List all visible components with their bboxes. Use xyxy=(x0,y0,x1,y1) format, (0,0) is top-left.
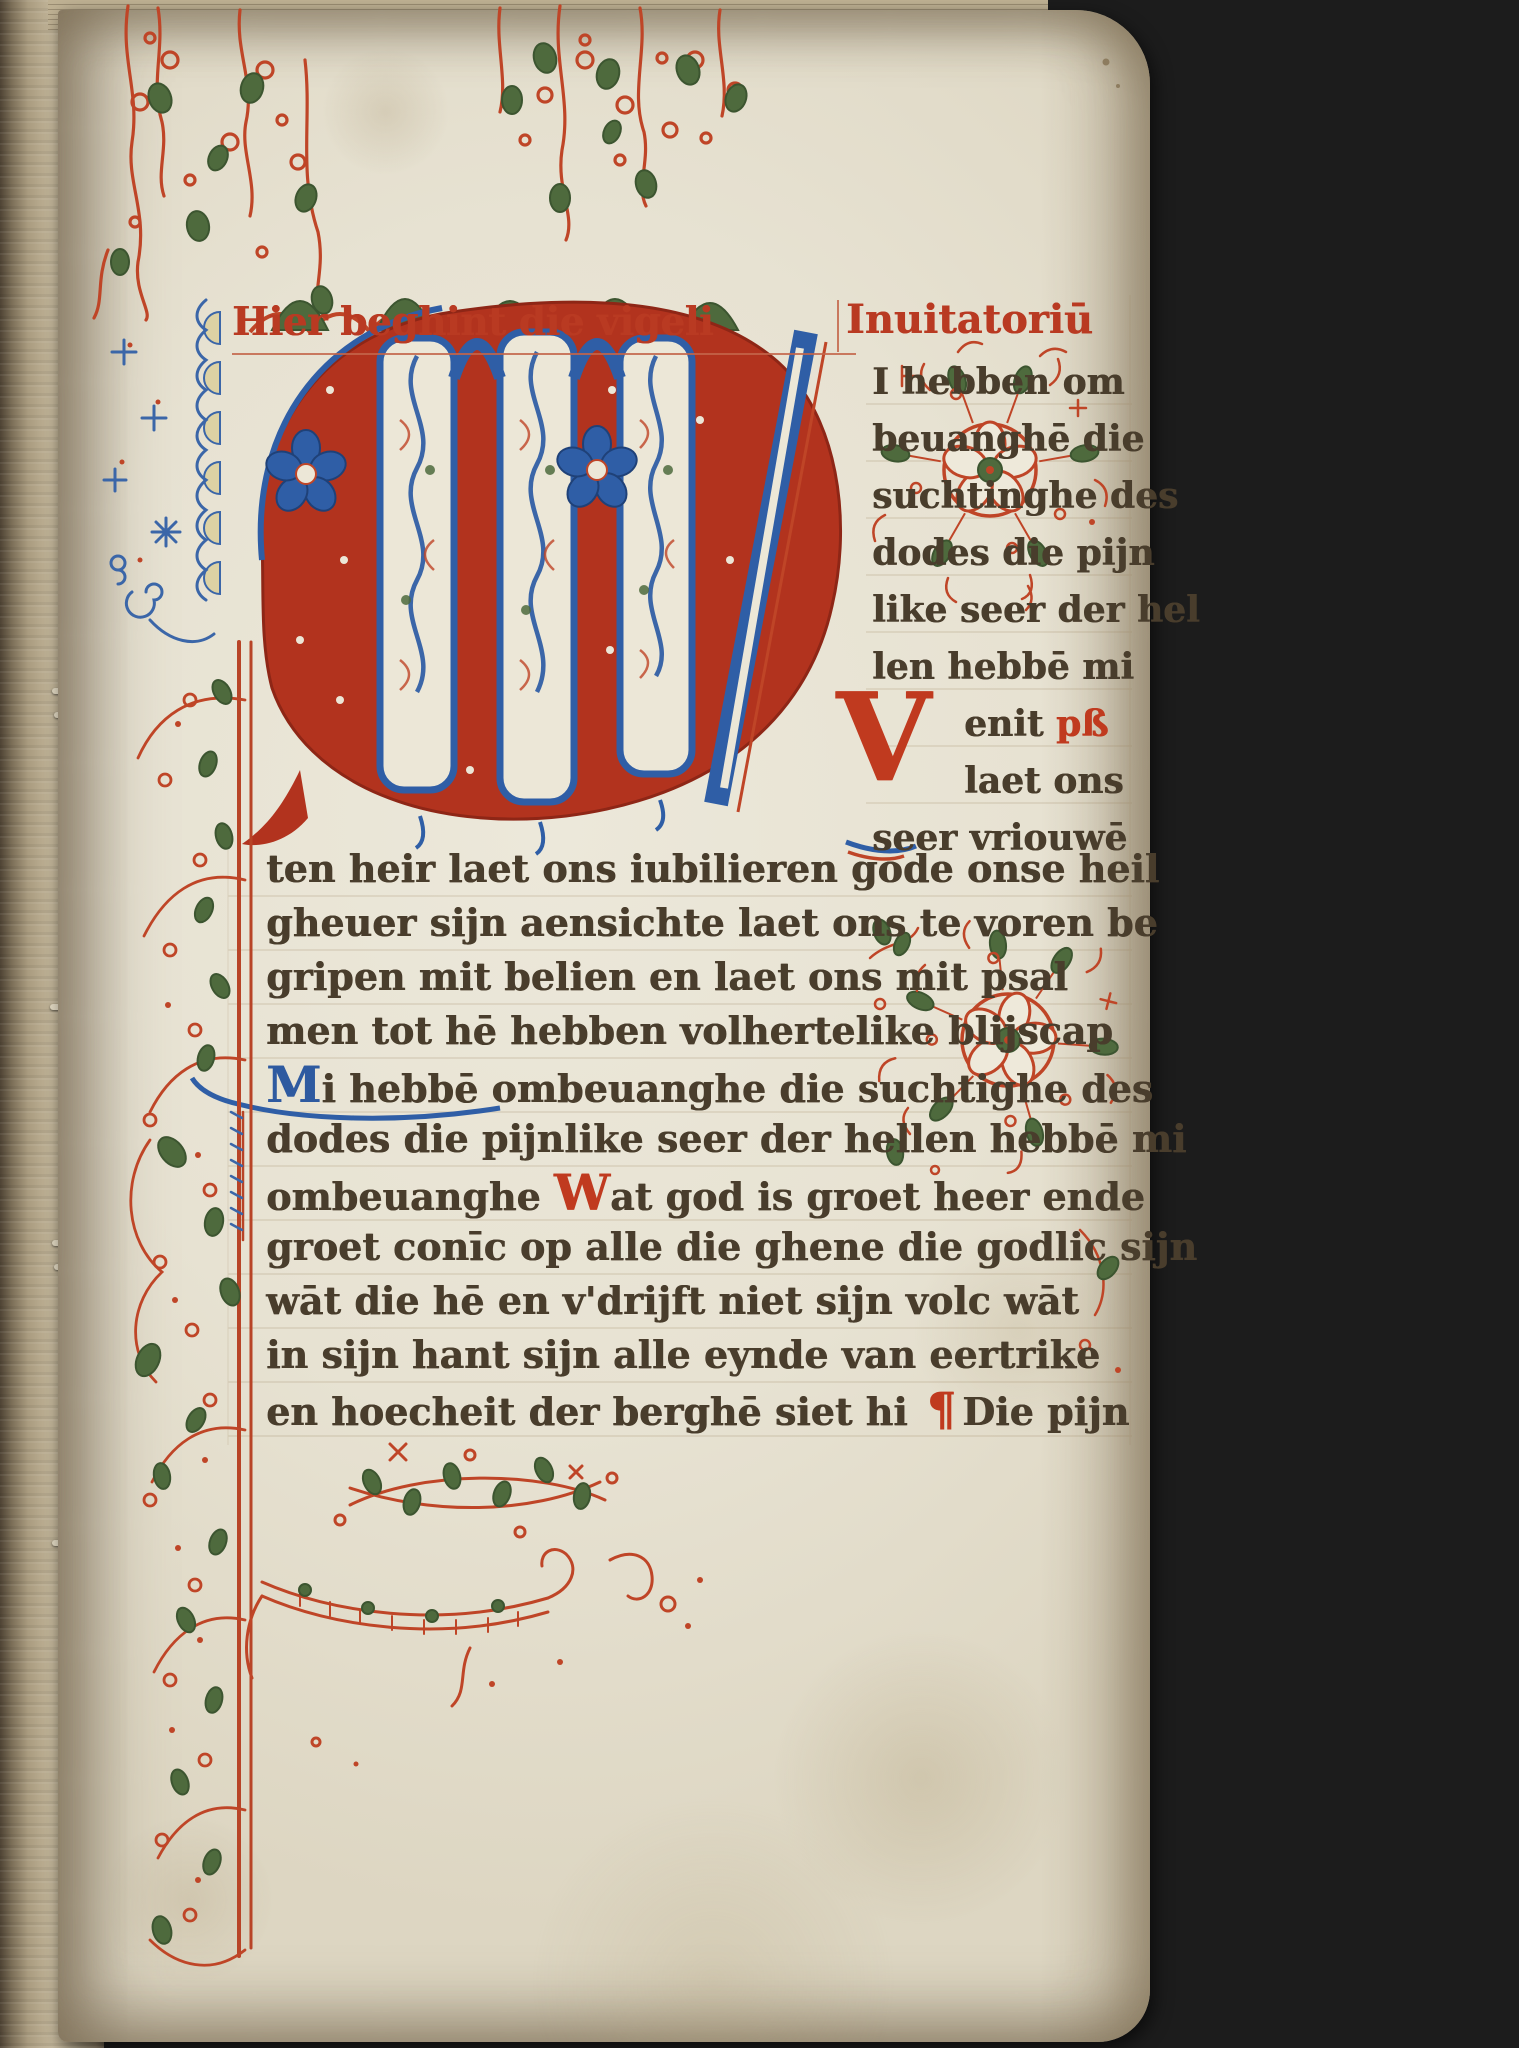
text-line: ten heir laet ons iubilieren gode onse h… xyxy=(266,842,1197,896)
paraph-mark: ¶ xyxy=(921,1382,962,1436)
drop-initial-V: V xyxy=(836,676,931,798)
rubric-invitatory: Inuitatoriū xyxy=(846,296,1093,343)
text-line: dodes die pijn xyxy=(872,525,1200,582)
text-line: gheuer sijn aensichte laet ons te voren … xyxy=(266,896,1197,950)
text-line: like seer der hel xyxy=(872,582,1200,639)
text-line: in sijn hant sijn alle eynde van eertrik… xyxy=(266,1328,1197,1382)
text-line: ombeuanghe Wat god is groet heer ende xyxy=(266,1166,1197,1220)
text-line: beuanghē die xyxy=(872,411,1200,468)
text-line: groet conīc op alle die ghene die godlic… xyxy=(266,1220,1197,1274)
manuscript-photo: { "document": { "kind": "illuminated man… xyxy=(0,0,1519,2048)
text-line: dodes die pijnlike seer der hellen hebbē… xyxy=(266,1112,1197,1166)
text-line: Mi hebbē ombeuanghe die suchtighe des xyxy=(266,1058,1197,1112)
text-line: wāt die hē en v'drijft niet sijn volc wā… xyxy=(266,1274,1197,1328)
text-line: I hebben om xyxy=(872,354,1200,411)
text-line: en hoecheit der berghē siet hi ¶Die pijn xyxy=(266,1382,1197,1436)
inline-initial-red: W xyxy=(554,1163,610,1222)
rubric-heading: Hier beghint die vigeli xyxy=(232,299,713,345)
text-line: gripen mit belien en laet ons mit psal xyxy=(266,950,1197,1004)
main-text-block: ten heir laet ons iubilieren gode onse h… xyxy=(266,842,1197,1436)
text-line: suchtinghe des xyxy=(872,468,1200,525)
text-line: men tot hē hebben volhertelike blijscap xyxy=(266,1004,1197,1058)
inline-initial-blue: M xyxy=(266,1055,321,1114)
psalm-abbreviation: pß xyxy=(1056,703,1109,745)
